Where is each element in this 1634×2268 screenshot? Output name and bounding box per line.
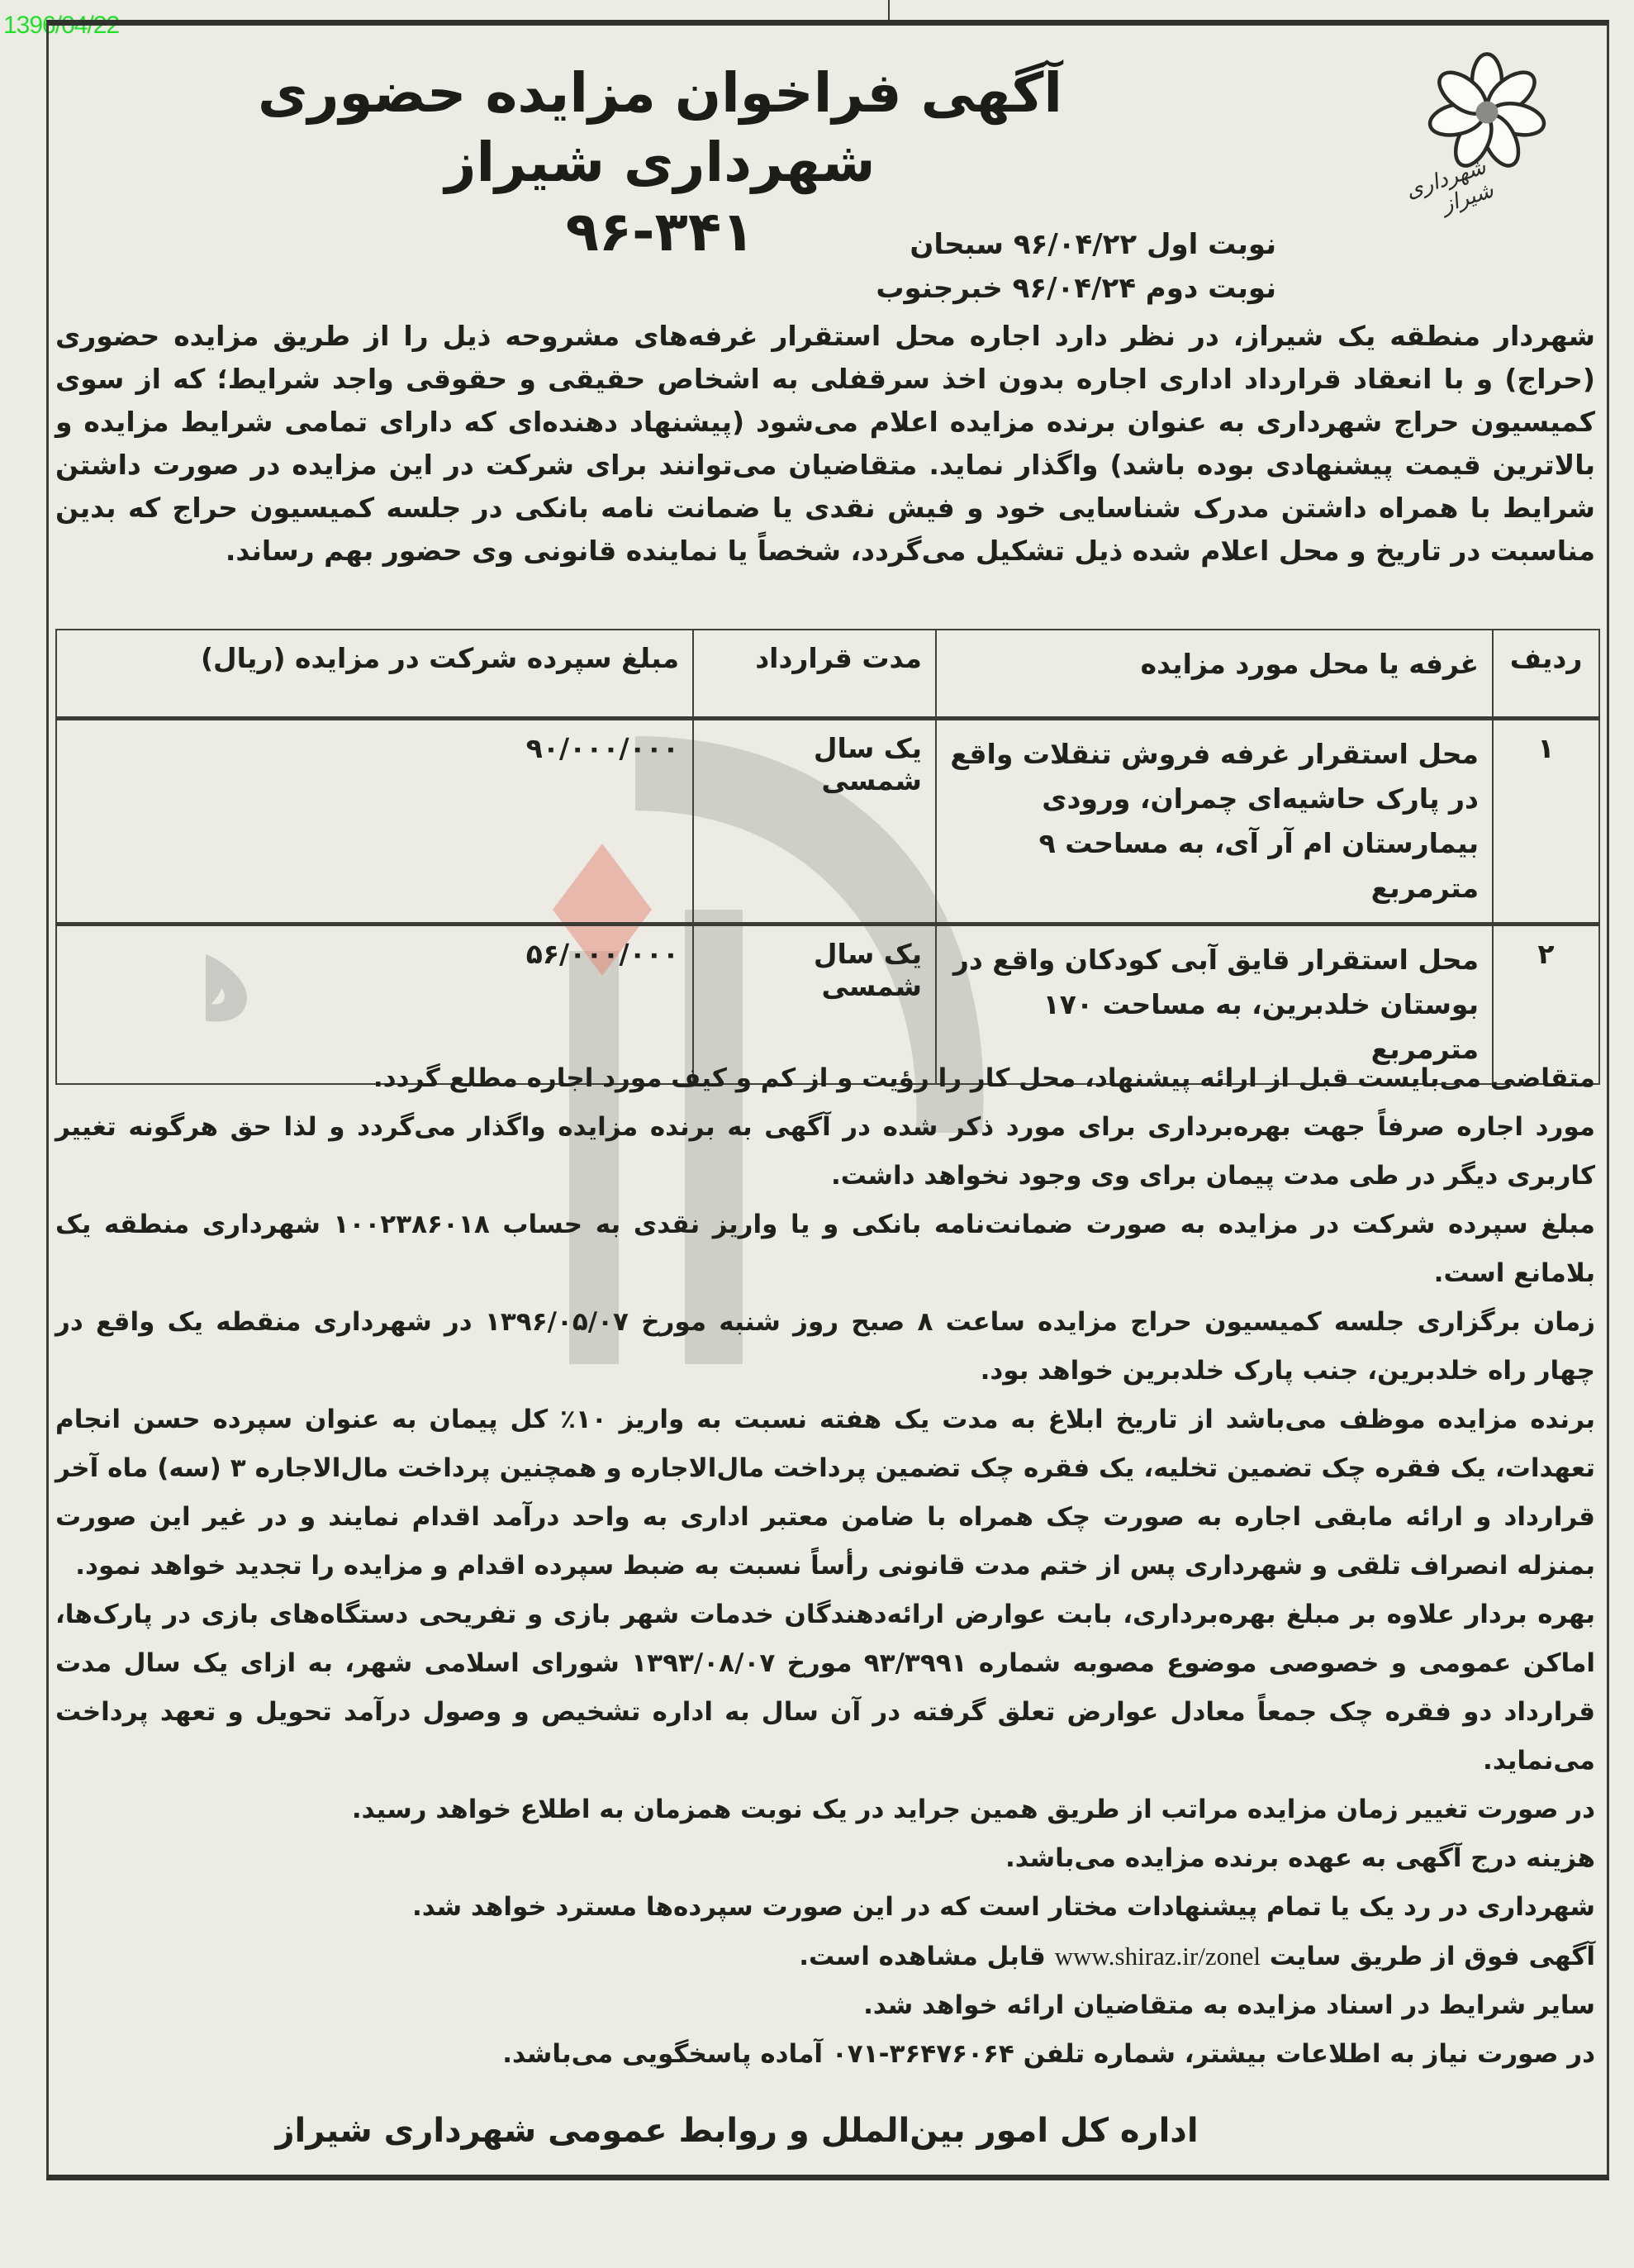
- title-line-1: آگهی فراخوان مزایده حضوری شهرداری شیراز: [247, 59, 1073, 197]
- condition-item: در صورت تغییر زمان مزایده مراتب از طریق …: [55, 1785, 1595, 1834]
- condition-item: متقاضی می‌بایست قبل از ارائه پیشنهاد، مح…: [55, 1054, 1595, 1103]
- header-row-number: ردیف: [1493, 630, 1599, 719]
- item-description: محل استقرار غرفه فروش تنقلات واقع در پار…: [936, 719, 1493, 925]
- flower-logo-icon: [1425, 50, 1549, 174]
- contract-duration: یک سال شمسی: [693, 719, 936, 925]
- table-row: ۱ محل استقرار غرفه فروش تنقلات واقع در پ…: [56, 719, 1599, 925]
- header-deposit: مبلغ سپرده شرکت در مزایده (ریال): [56, 630, 693, 719]
- intro-paragraph: شهردار منطقه یک شیراز، در نظر دارد اجاره…: [55, 315, 1595, 573]
- deposit-value: ۹۰/۰۰۰/۰۰۰: [526, 732, 679, 764]
- notice-frame: شهرداری شیراز آگهی فراخوان مزایده حضوری …: [46, 20, 1609, 2180]
- condition-item: مورد اجاره صرفاً جهت بهره‌برداری برای مو…: [55, 1103, 1595, 1201]
- contact-line: در صورت نیاز به اطلاعات بیشتر، شماره تلف…: [55, 2030, 1595, 2079]
- logo-caption: شهرداری شیراز: [1403, 155, 1496, 227]
- publication-second: نوبت دوم ۹۶/۰۴/۲۴ خبرجنوب: [876, 272, 1276, 305]
- header-duration: مدت قرارداد: [693, 630, 936, 719]
- deposit-amount: ۹۰/۰۰۰/۰۰۰: [56, 719, 693, 925]
- condition-item: بهره بردار علاوه بر مبلغ بهره‌برداری، با…: [55, 1590, 1595, 1785]
- intro-text: شهردار منطقه یک شیراز، در نظر دارد اجاره…: [55, 315, 1595, 573]
- condition-item: شهرداری در رد یک یا تمام پیشنهادات مختار…: [55, 1883, 1595, 1932]
- website-suffix: قابل مشاهده است.: [799, 1942, 1046, 1971]
- website-prefix: آگهی فوق از طریق سایت: [1270, 1942, 1595, 1971]
- condition-item: مبلغ سپرده شرکت در مزایده به صورت ضمانت‌…: [55, 1201, 1595, 1298]
- other-conditions: سایر شرایط در اسناد مزایده به متقاضیان ا…: [55, 1981, 1595, 2030]
- auction-items-table: ردیف غرفه یا محل مورد مزایده مدت قرارداد…: [55, 629, 1600, 1085]
- conditions-list: متقاضی می‌بایست قبل از ارائه پیشنهاد، مح…: [55, 1054, 1595, 2079]
- publication-first: نوبت اول ۹۶/۰۴/۲۲ سبحان: [910, 228, 1276, 261]
- website-line: آگهی فوق از طریق سایت www.shiraz.ir/zone…: [55, 1932, 1595, 1981]
- header-item: غرفه یا محل مورد مزایده: [936, 630, 1493, 719]
- column-divider: [888, 0, 890, 20]
- condition-item: هزینه درج آگهی به عهده برنده مزایده می‌ب…: [55, 1834, 1595, 1883]
- shiraz-municipality-logo: شهرداری شیراز: [1417, 50, 1557, 216]
- signature: اداره کل امور بین‌الملل و روابط عمومی شه…: [49, 2112, 1607, 2150]
- condition-item: زمان برگزاری جلسه کمیسیون حراج مزایده سا…: [55, 1298, 1595, 1396]
- row-number: ۱: [1493, 719, 1599, 925]
- website-link[interactable]: www.shiraz.ir/zonel: [1055, 1942, 1261, 1971]
- condition-item: برنده مزایده موظف می‌باشد از تاریخ ابلاغ…: [55, 1396, 1595, 1590]
- deposit-value: ۵۶/۰۰۰/۰۰۰: [526, 938, 679, 970]
- table-header-row: ردیف غرفه یا محل مورد مزایده مدت قرارداد…: [56, 630, 1599, 719]
